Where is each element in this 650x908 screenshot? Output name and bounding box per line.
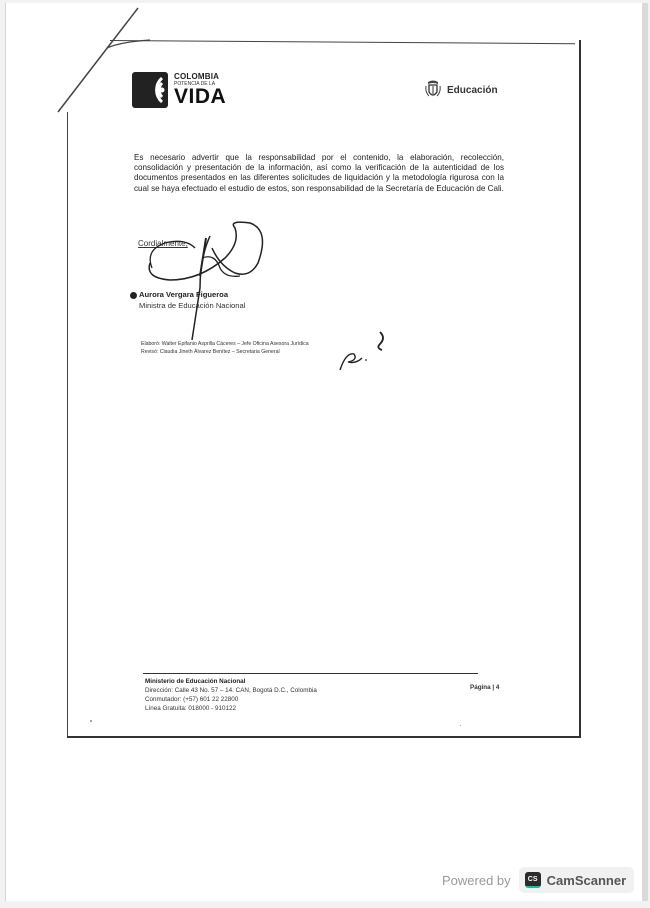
document-border [67, 40, 581, 738]
document-footer: Ministerio de Educación Nacional Direcci… [145, 677, 317, 713]
logo-line-vida: VIDA [174, 86, 226, 107]
camscanner-label: CamScanner [547, 873, 626, 888]
educacion-logo: Educación [425, 80, 498, 100]
camscanner-icon: CS [525, 872, 541, 888]
colombia-potencia-de-la-vida-logo-icon [132, 72, 168, 108]
footer-phone: Conmutador: (+57) 601 22 22800 [145, 695, 317, 704]
handwritten-initials [336, 330, 396, 375]
signer-role: Ministra de Educación Nacional [139, 301, 245, 310]
document-credits: Elaboró: Walter Epifanio Asprilla Cácere… [141, 341, 309, 356]
scan-speck [90, 720, 92, 722]
camscanner-badge[interactable]: CS CamScanner [519, 867, 634, 893]
reviewed-by: Revisó: Claudia Jineth Álvarez Benítez –… [141, 349, 309, 357]
powered-by-label: Powered by [442, 873, 511, 888]
colombia-potencia-vida-logo: COLOMBIA POTENCIA DE LA VIDA [132, 72, 226, 108]
responsibility-paragraph: Es necesario advertir que la responsabil… [134, 153, 504, 194]
signer-name: Aurora Vergara Figueroa [139, 290, 228, 299]
elaborated-by: Elaboró: Walter Epifanio Asprilla Cácere… [141, 341, 309, 349]
handwritten-signature [140, 218, 280, 343]
footer-address: Dirección: Calle 43 No. 57 – 14. CAN, Bo… [145, 686, 317, 695]
footer-organization: Ministerio de Educación Nacional [145, 677, 317, 686]
footer-hotline: Línea Gratuita: 018000 - 910122 [145, 704, 317, 713]
educacion-label: Educación [447, 85, 498, 96]
signature-mark [130, 292, 137, 299]
coat-of-arms-icon [425, 80, 441, 100]
camscanner-watermark: Powered by CS CamScanner [442, 867, 634, 893]
page-number: Página | 4 [470, 684, 499, 691]
scan-speck [460, 725, 461, 726]
logo-line-colombia: COLOMBIA [174, 73, 226, 81]
footer-divider [143, 673, 478, 674]
